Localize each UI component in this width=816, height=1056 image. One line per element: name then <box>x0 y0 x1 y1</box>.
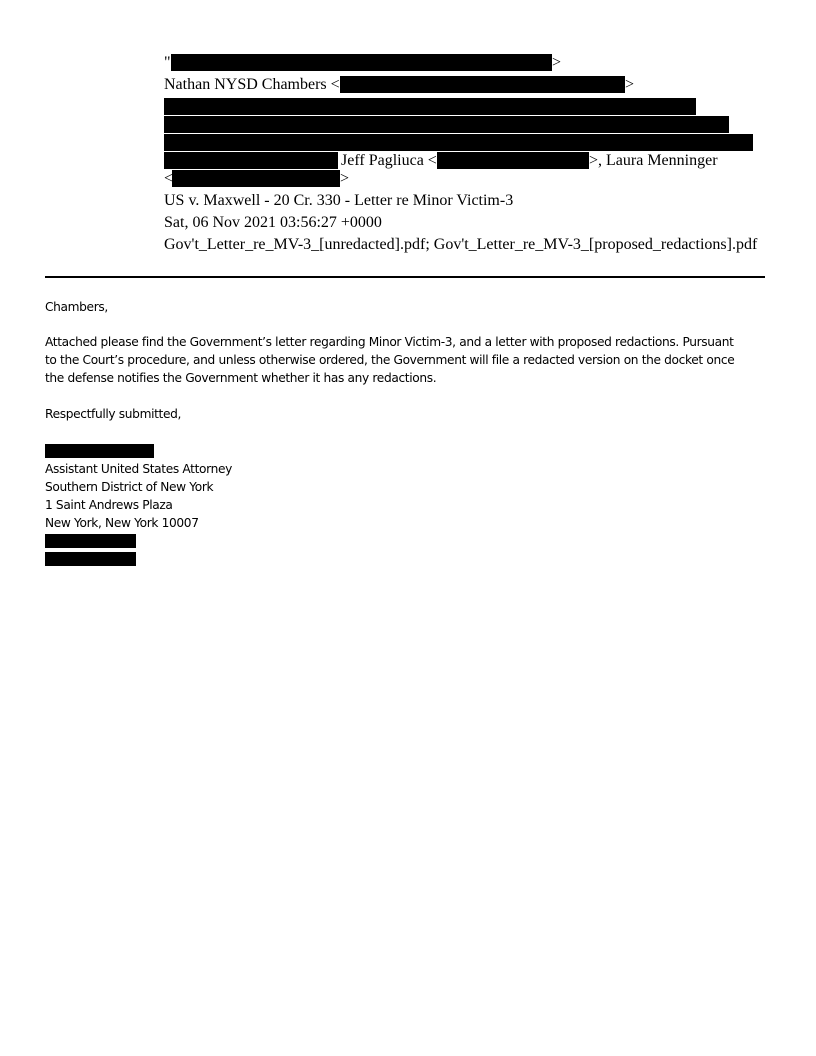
cc-jeff-pagliuca: Jeff Pagliuca < <box>341 152 437 170</box>
redaction-signer-contact <box>45 552 136 566</box>
redaction-signer-phone <box>45 534 136 548</box>
signature-address-1: 1 Saint Andrews Plaza <box>45 496 173 514</box>
redaction-from-address <box>171 54 552 71</box>
attachments-value[interactable]: Gov't_Letter_re_MV-3_[unredacted].pdf; G… <box>164 236 757 254</box>
greeting: Chambers, <box>45 298 108 316</box>
redaction-cc-line-2 <box>164 116 729 133</box>
redaction-cc-line-1 <box>164 98 696 115</box>
to-name: Nathan NYSD Chambers < <box>164 76 340 94</box>
paragraph-line-2: to the Court’s procedure, and unless oth… <box>45 351 734 369</box>
header-divider <box>45 276 765 278</box>
date-value: Sat, 06 Nov 2021 03:56:27 +0000 <box>164 214 382 232</box>
to-close-bracket: > <box>625 76 634 94</box>
cc-close-bracket: > <box>340 170 349 188</box>
redaction-cc-menninger-address <box>172 170 340 187</box>
from-close-bracket: > <box>552 54 561 72</box>
redaction-cc-pagliuca-address <box>437 152 589 169</box>
paragraph-line-1: Attached please find the Government’s le… <box>45 333 734 351</box>
paragraph-line-3: the defense notifies the Government whet… <box>45 369 436 387</box>
redaction-to-address <box>340 76 625 93</box>
closing: Respectfully submitted, <box>45 405 181 423</box>
signature-title: Assistant United States Attorney <box>45 460 232 478</box>
subject-value: US v. Maxwell - 20 Cr. 330 - Letter re M… <box>164 192 513 210</box>
from-quote: " <box>164 54 171 72</box>
redaction-signer-name <box>45 444 154 458</box>
cc-laura-menninger: >, Laura Menninger <box>589 152 718 170</box>
signature-office: Southern District of New York <box>45 478 213 496</box>
redaction-cc-line-4 <box>164 152 338 169</box>
signature-address-2: New York, New York 10007 <box>45 514 199 532</box>
redaction-cc-line-3 <box>164 134 753 151</box>
